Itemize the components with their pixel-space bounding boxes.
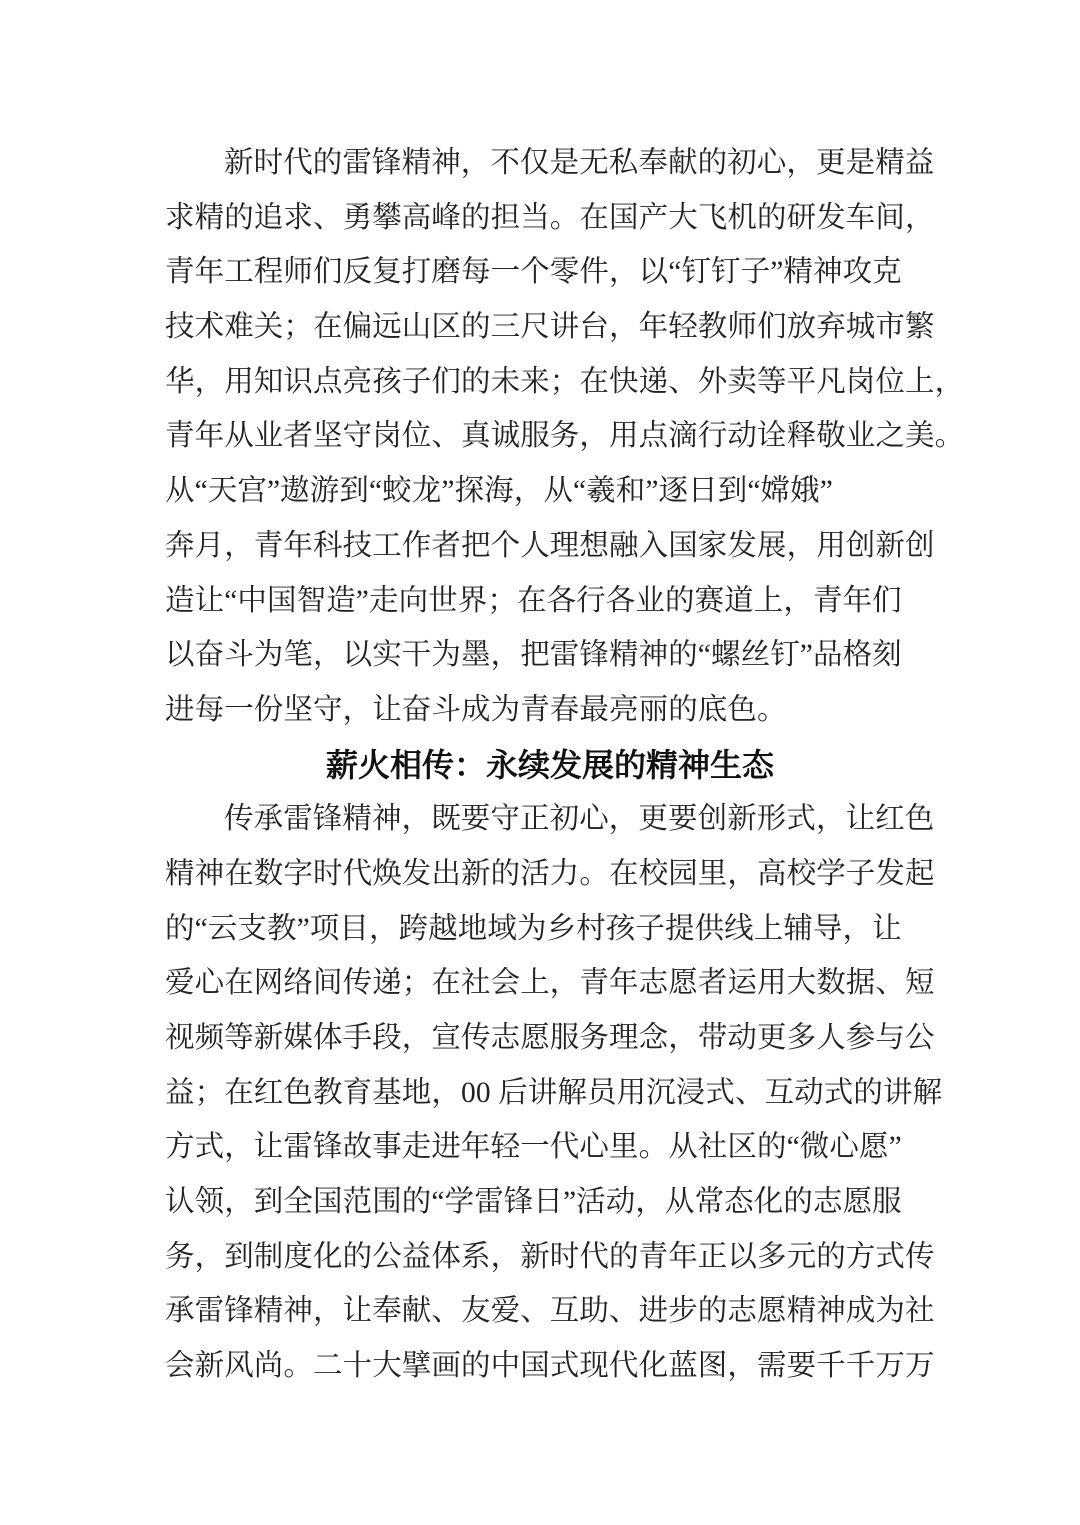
text-line: 以奋斗为笔，以实干为墨，把雷锋精神的“螺丝钉”品格刻 [165, 628, 935, 683]
text-line: 新时代的雷锋精神，不仅是无私奉献的初心，更是精益 [165, 136, 935, 191]
text-line: 爱心在网络间传递；在社会上，青年志愿者运用大数据、短 [165, 956, 935, 1011]
text-line: 求精的追求、勇攀高峰的担当。在国产大飞机的研发车间， [165, 191, 935, 246]
text-line: 造让“中国智造”走向世界；在各行各业的赛道上，青年们 [165, 574, 935, 629]
document-content: 新时代的雷锋精神，不仅是无私奉献的初心，更是精益求精的追求、勇攀高峰的担当。在国… [165, 136, 935, 1394]
text-line: 从“天宫”遨游到“蛟龙”探海，从“羲和”逐日到“嫦娥” [165, 464, 935, 519]
text-line: 技术难关；在偏远山区的三尺讲台，年轻教师们放弃城市繁 [165, 300, 935, 355]
section-heading: 薪火相传：永续发展的精神生态 [165, 738, 935, 793]
text-line: 进每一份坚守，让奋斗成为青春最亮丽的底色。 [165, 683, 935, 738]
paragraph-2: 传承雷锋精神，既要守正初心，更要创新形式，让红色精神在数字时代焕发出新的活力。在… [165, 792, 935, 1394]
text-line: 会新风尚。二十大擘画的中国式现代化蓝图，需要千千万万 [165, 1339, 935, 1394]
text-line: 华，用知识点亮孩子们的未来；在快递、外卖等平凡岗位上， [165, 355, 935, 410]
text-line: 务，到制度化的公益体系，新时代的青年正以多元的方式传 [165, 1230, 935, 1285]
document-page: 新时代的雷锋精神，不仅是无私奉献的初心，更是精益求精的追求、勇攀高峰的担当。在国… [0, 0, 1080, 1525]
text-line: 方式，让雷锋故事走进年轻一代心里。从社区的“微心愿” [165, 1120, 935, 1175]
text-line: 认领，到全国范围的“学雷锋日”活动，从常态化的志愿服 [165, 1175, 935, 1230]
text-line: 益；在红色教育基地，00 后讲解员用沉浸式、互动式的讲解 [165, 1066, 935, 1121]
text-line: 青年工程师们反复打磨每一个零件，以“钉钉子”精神攻克 [165, 245, 935, 300]
text-line: 奔月，青年科技工作者把个人理想融入国家发展，用创新创 [165, 519, 935, 574]
text-line: 青年从业者坚守岗位、真诚服务，用点滴行动诠释敬业之美。 [165, 409, 935, 464]
text-line: 视频等新媒体手段，宣传志愿服务理念，带动更多人参与公 [165, 1011, 935, 1066]
text-line: 承雷锋精神，让奉献、友爱、互助、进步的志愿精神成为社 [165, 1284, 935, 1339]
text-line: 精神在数字时代焕发出新的活力。在校园里，高校学子发起 [165, 847, 935, 902]
text-line: 的“云支教”项目，跨越地域为乡村孩子提供线上辅导，让 [165, 902, 935, 957]
text-line: 传承雷锋精神，既要守正初心，更要创新形式，让红色 [165, 792, 935, 847]
paragraph-1: 新时代的雷锋精神，不仅是无私奉献的初心，更是精益求精的追求、勇攀高峰的担当。在国… [165, 136, 935, 738]
